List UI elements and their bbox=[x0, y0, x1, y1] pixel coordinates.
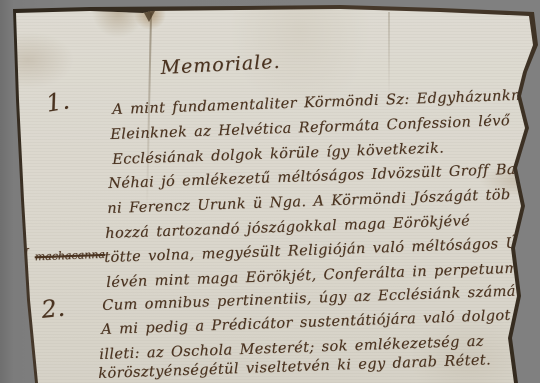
document-title: Memoriale. bbox=[160, 51, 281, 79]
fold-crease-right bbox=[388, 12, 390, 97]
fold-notch bbox=[143, 11, 155, 22]
section-number-1: 1. bbox=[44, 86, 72, 117]
manuscript-photo: Memoriale. 1. 2. A mint fundamentaliter … bbox=[0, 0, 540, 383]
manuscript-line: ni Ferencz Urunk ü Nga. A Körmöndi Jószá… bbox=[107, 187, 511, 217]
manuscript-sheet: Memoriale. 1. 2. A mint fundamentaliter … bbox=[0, 0, 540, 383]
manuscript-line: A mi pedig a Prédicátor sustentátiójára … bbox=[101, 308, 511, 338]
manuscript-line: Ecclésiának dolgok körüle így következik… bbox=[112, 140, 444, 168]
margin-note-struck-word: machacanna bbox=[34, 248, 105, 263]
manuscript-line: Eleinknek az Helvética Reformáta Confess… bbox=[110, 113, 510, 143]
section-number-2: 2. bbox=[40, 294, 67, 324]
manuscript-line: hozzá tartozandó jószágokkal maga Eörökj… bbox=[105, 213, 470, 242]
manuscript-line: tötte volna, megyésült Religióján való m… bbox=[104, 235, 526, 266]
manuscript-line: A mint fundamentaliter Körmöndi Sz: Edgy… bbox=[112, 86, 540, 118]
